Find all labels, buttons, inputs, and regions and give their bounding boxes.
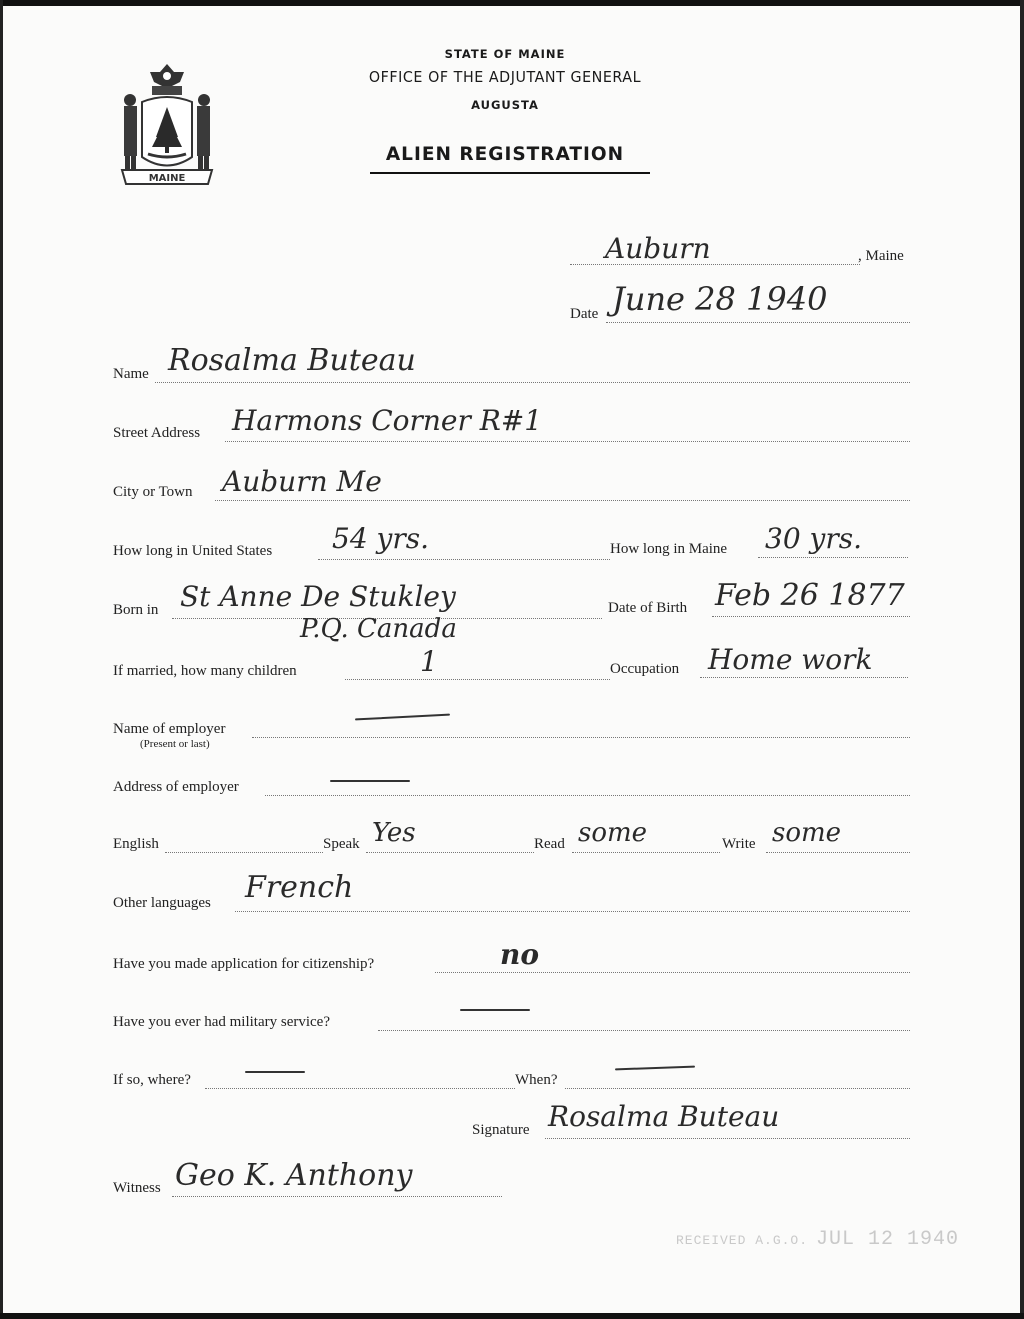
children-line — [345, 679, 610, 680]
write-line — [766, 852, 910, 853]
military-label: Have you ever had military service? — [113, 1014, 330, 1031]
employer-address-line — [265, 795, 910, 796]
where-value[interactable] — [245, 1071, 305, 1073]
how-long-us-label: How long in United States — [113, 543, 272, 560]
born-in-label: Born in — [113, 602, 158, 619]
write-label: Write — [722, 836, 756, 853]
date-line — [606, 322, 910, 323]
employer-name-value[interactable] — [355, 714, 450, 721]
born-in-value[interactable]: St Anne De Stukley — [180, 580, 456, 613]
other-languages-value[interactable]: French — [245, 870, 353, 905]
where-label: If so, where? — [113, 1072, 191, 1089]
received-stamp: RECEIVED A.G.O.JUL 12 1940 — [676, 1228, 959, 1251]
how-long-us-value[interactable]: 54 yrs. — [332, 522, 429, 555]
how-long-maine-label: How long in Maine — [610, 541, 727, 558]
city-line — [215, 500, 910, 501]
employer-address-label: Address of employer — [113, 779, 239, 796]
read-line — [572, 852, 720, 853]
form-title: ALIEN REGISTRATION — [330, 144, 680, 165]
scan-border-right — [1020, 0, 1024, 1319]
born-in-value-line2[interactable]: P.Q. Canada — [300, 614, 457, 644]
speak-label: Speak — [323, 836, 360, 853]
citizenship-line — [435, 972, 910, 973]
speak-value[interactable]: Yes — [372, 818, 416, 848]
military-value[interactable] — [460, 1009, 530, 1011]
occupation-label: Occupation — [610, 661, 679, 678]
city-value[interactable]: Auburn Me — [222, 465, 382, 498]
svg-text:MAINE: MAINE — [149, 173, 186, 184]
maine-state-seal-icon: MAINE — [112, 62, 222, 187]
state-heading: STATE OF MAINE — [330, 47, 680, 61]
name-label: Name — [113, 366, 149, 383]
children-label: If married, how many children — [113, 663, 297, 680]
signature-value[interactable]: Rosalma Buteau — [548, 1100, 779, 1133]
employer-address-value[interactable] — [330, 780, 410, 782]
employer-name-label: Name of employer — [113, 721, 225, 738]
scan-border-bottom — [0, 1313, 1024, 1319]
stamp-date: JUL 12 1940 — [816, 1228, 959, 1251]
stamp-prefix: RECEIVED A.G.O. — [676, 1233, 808, 1248]
signature-label: Signature — [472, 1122, 530, 1139]
signature-line — [545, 1138, 910, 1139]
military-line — [378, 1030, 910, 1031]
how-long-maine-value[interactable]: 30 yrs. — [765, 522, 862, 555]
scan-border-left — [0, 0, 3, 1319]
witness-value[interactable]: Geo K. Anthony — [175, 1158, 413, 1193]
other-languages-label: Other languages — [113, 895, 211, 912]
occupation-line — [700, 677, 908, 678]
english-line — [165, 852, 323, 853]
office-heading: OFFICE OF THE ADJUTANT GENERAL — [344, 68, 666, 86]
date-label: Date — [570, 306, 598, 323]
other-languages-line — [235, 911, 910, 912]
employer-name-line — [252, 737, 910, 738]
read-label: Read — [534, 836, 565, 853]
citizenship-label: Have you made application for citizenshi… — [113, 956, 374, 973]
date-of-birth-line — [712, 616, 910, 617]
english-label: English — [113, 836, 159, 853]
speak-line — [366, 852, 534, 853]
street-address-label: Street Address — [113, 425, 200, 442]
citizenship-value[interactable]: no — [500, 938, 539, 971]
date-of-birth-label: Date of Birth — [608, 600, 687, 617]
children-value[interactable]: 1 — [420, 645, 438, 678]
witness-line — [172, 1196, 502, 1197]
date-of-birth-value[interactable]: Feb 26 1877 — [715, 578, 905, 613]
how-long-maine-line — [758, 557, 908, 558]
street-address-value[interactable]: Harmons Corner R#1 — [232, 404, 542, 437]
read-value[interactable]: some — [578, 818, 647, 848]
name-line — [155, 382, 910, 383]
employer-name-sublabel: (Present or last) — [140, 738, 210, 750]
date-value[interactable]: June 28 1940 — [612, 280, 827, 318]
witness-label: Witness — [113, 1180, 161, 1197]
scan-border-top — [0, 0, 1024, 6]
write-value[interactable]: some — [772, 818, 841, 848]
location-suffix: , Maine — [858, 248, 904, 265]
when-line — [565, 1088, 910, 1089]
street-address-line — [225, 441, 910, 442]
title-underline — [370, 172, 650, 174]
when-value[interactable] — [615, 1066, 695, 1071]
location-value[interactable]: Auburn — [605, 232, 711, 265]
how-long-us-line — [318, 559, 610, 560]
when-label: When? — [515, 1072, 557, 1089]
occupation-value[interactable]: Home work — [708, 643, 872, 676]
city-heading: AUGUSTA — [330, 98, 680, 112]
city-label: City or Town — [113, 484, 193, 501]
name-value[interactable]: Rosalma Buteau — [168, 343, 416, 378]
where-line — [205, 1088, 515, 1089]
